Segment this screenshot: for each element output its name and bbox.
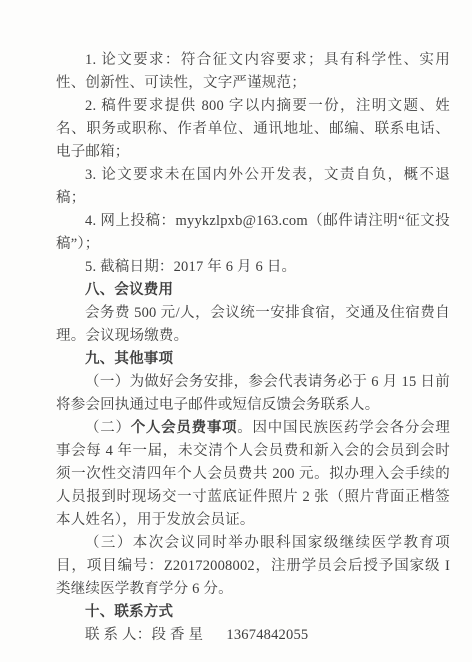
text-run: 5. 截稿日期：2017 年 6 月 6 日。 [85,259,296,275]
text-run: 个人会员费事项 [131,420,238,436]
text-run: 九、其他事项 [85,351,173,367]
item-1-paper-requirements: 1. 论文要求：符合征文内容要求；具有科学性、实用性、创新性、可读性，文字严谨规… [56,49,450,95]
item-4-online-submission: 4. 网上投稿：myykzlpxb@163.com（邮件请注明“征文投稿”）； [56,210,450,256]
section-9-heading: 九、其他事项 [56,348,450,371]
text-run: （一）为做好会务安排，参会代表请务必于 6 月 15 日前将参会回执通过电子邮件… [56,374,450,413]
text-run: 。因中国民族医药学会各分会理事会每 4 年一届，未交清个人会员费和新入会的会员到… [56,420,450,528]
section-10-heading: 十、联系方式 [56,601,450,624]
document-body: 1. 论文要求：符合征文内容要求；具有科学性、实用性、创新性、可读性，文字严谨规… [56,49,450,647]
text-run: 十、联系方式 [85,604,173,620]
item-2-manuscript-requirements: 2. 稿件要求提供 800 字以内摘要一份，注明文题、姓名、职务或职称、作者单位… [56,95,450,164]
note-1-registration-reply: （一）为做好会务安排，参会代表请务必于 6 月 15 日前将参会回执通过电子邮件… [56,371,450,417]
text-run: （三）本次会议同时举办眼科国家级继续医学教育项目，项目编号：Z201720080… [56,535,450,597]
section-8-heading: 八、会议费用 [56,279,450,302]
contact-line: 联 系 人：段 香 星13674842055 [56,624,450,647]
item-3-unpublished-requirement: 3. 论文要求未在国内外公开发表，文责自负，概不退稿； [56,164,450,210]
note-3-cme-project: （三）本次会议同时举办眼科国家级继续医学教育项目，项目编号：Z201720080… [56,532,450,601]
text-run: 3. 论文要求未在国内外公开发表，文责自负，概不退稿； [56,167,450,206]
item-5-deadline: 5. 截稿日期：2017 年 6 月 6 日。 [56,256,450,279]
text-run: 1. 论文要求：符合征文内容要求；具有科学性、实用性、创新性、可读性，文字严谨规… [56,52,450,91]
conference-fee-paragraph: 会务费 500 元/人，会议统一安排食宿，交通及住宿费自理。会议现场缴费。 [56,302,450,348]
note-2-membership-fee: （二）个人会员费事项。因中国民族医药学会各分会理事会每 4 年一届，未交清个人会… [56,417,450,532]
text-run: 八、会议费用 [85,282,173,298]
text-run: 2. 稿件要求提供 800 字以内摘要一份，注明文题、姓名、职务或职称、作者单位… [56,98,450,160]
text-run: 13674842055 [226,627,308,643]
scanned-document-page: 1. 论文要求：符合征文内容要求；具有科学性、实用性、创新性、可读性，文字严谨规… [0,0,472,662]
text-run: 4. 网上投稿：myykzlpxb@163.com（邮件请注明“征文投稿”）； [56,213,450,252]
text-run: 会务费 500 元/人，会议统一安排食宿，交通及住宿费自理。会议现场缴费。 [56,305,450,344]
text-run: 联 系 人：段 香 星 [85,627,203,643]
text-run: （二） [85,420,131,436]
